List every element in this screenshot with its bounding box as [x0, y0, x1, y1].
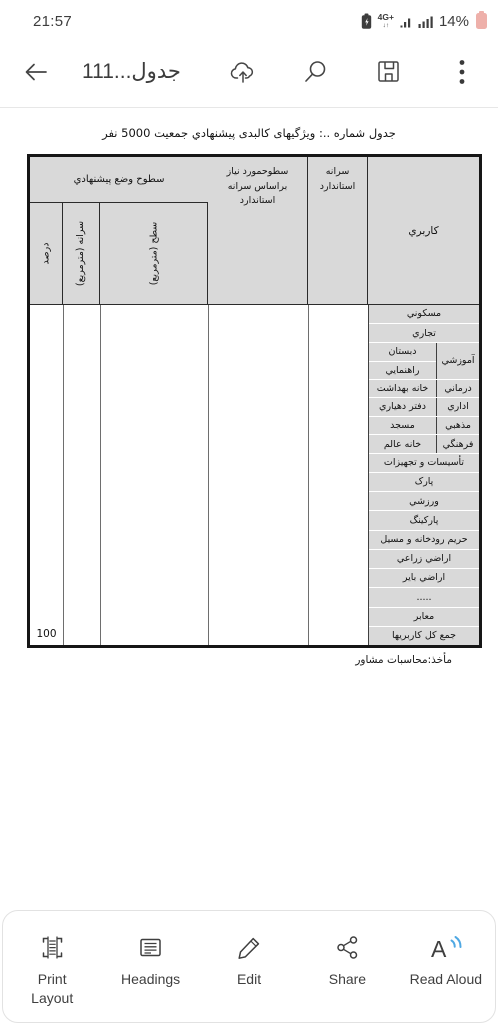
read-aloud-label: Read Aloud — [410, 970, 482, 989]
required-area-column-header: سطوحمورد نیاز براساس سرانه استاندارد — [208, 157, 308, 305]
category-cell: آموزشي — [436, 343, 479, 378]
status-time: 21:57 — [33, 13, 72, 30]
planning-table: سطوح وضع پیشنهادي درصد سرانه (مترمربع) س… — [27, 154, 482, 648]
column-divider — [100, 305, 101, 645]
back-button[interactable] — [16, 48, 56, 96]
read-aloud-icon: A — [429, 934, 463, 961]
sub-row: خانه عالم — [369, 435, 436, 453]
column-divider — [308, 305, 309, 645]
table-row: اراضي بایر — [369, 568, 479, 587]
category-cell: درماني — [436, 380, 479, 398]
paired-rows: آموزشي دبستان راهنمايي درماني خانه بهداش… — [369, 342, 479, 452]
standard-per-capita-column-header: سرانه استاندارد — [308, 157, 368, 305]
table-header: سطوح وضع پیشنهادي درصد سرانه (مترمربع) س… — [30, 157, 479, 305]
percent-column-header: درصد — [30, 203, 63, 304]
bottom-toolbar: Print Layout Headings Edit — [2, 910, 496, 1023]
table-row-group: مذهبي مسجد — [369, 416, 479, 435]
total-percent-cell: 100 — [30, 628, 63, 640]
document-page[interactable]: جدول شماره ..: ویژگیهای کالبدی پیشنهادي … — [0, 108, 498, 908]
battery-icon — [476, 13, 487, 29]
table-body: 100 مسکوني تجاري آموزشي دبستان راهنمايي — [30, 305, 479, 645]
category-cell: اداري — [436, 398, 479, 416]
column-divider — [63, 305, 64, 645]
per-capita-column-header: سرانه (مترمربع) — [63, 203, 100, 304]
signal-bars-icon — [400, 15, 413, 28]
cloud-upload-button[interactable] — [206, 48, 279, 96]
category-cell: مذهبي — [436, 417, 479, 435]
headings-icon — [137, 934, 164, 961]
table-row: اراضي زراعي — [369, 549, 479, 568]
group-header-cell: سطوح وضع پیشنهادي — [30, 157, 208, 203]
read-aloud-button[interactable]: A Read Aloud — [397, 934, 495, 989]
table-row: معابر — [369, 607, 479, 626]
network-4g-icon: 4G+ ↓↑ — [378, 13, 394, 29]
back-arrow-icon — [22, 58, 50, 86]
cloud-upload-icon — [228, 58, 258, 86]
save-floppy-icon — [375, 58, 402, 85]
area-column-header: سطح (مترمربع) — [100, 203, 208, 304]
column-divider — [208, 305, 209, 645]
source-note: مأخذ:محاسبات مشاور — [0, 654, 482, 666]
screen: 21:57 4G+ ↓↑ — [0, 0, 498, 1029]
svg-text:A: A — [431, 936, 447, 961]
document-title: جدول...111 — [82, 59, 181, 84]
share-button[interactable]: Share — [298, 934, 396, 989]
table-row: پارکینگ — [369, 510, 479, 529]
status-icons: 4G+ ↓↑ 14% — [360, 13, 487, 30]
table-row: پارک — [369, 472, 479, 491]
status-bar: 21:57 4G+ ↓↑ — [0, 0, 498, 36]
overflow-menu-icon — [458, 59, 466, 85]
share-nodes-icon — [334, 934, 361, 961]
print-layout-label: Print Layout — [26, 970, 78, 1008]
sub-row: دبستان — [369, 343, 436, 360]
sub-row: راهنمايي — [369, 361, 436, 379]
table-row-group: آموزشي دبستان راهنمايي — [369, 343, 479, 378]
print-layout-button[interactable]: Print Layout — [3, 934, 101, 1008]
edit-pencil-icon — [236, 934, 263, 961]
edit-label: Edit — [237, 970, 261, 989]
print-layout-icon — [39, 934, 66, 961]
table-row-group: اداري دفتر دهیاري — [369, 397, 479, 416]
table-row: تأسیسات و تجهیزات — [369, 453, 479, 472]
table-row-group: درماني خانه بهداشت — [369, 379, 479, 398]
category-cell: فرهنگي — [436, 435, 479, 453]
app-bar: جدول...111 — [0, 36, 498, 107]
land-use-column-header: کاربري — [368, 157, 479, 305]
save-button[interactable] — [352, 48, 425, 96]
table-row-group: فرهنگي خانه عالم — [369, 434, 479, 453]
battery-saver-icon — [360, 13, 373, 30]
sub-row: دفتر دهیاري — [369, 398, 436, 416]
headings-label: Headings — [121, 970, 180, 989]
sub-row: مسجد — [369, 417, 436, 435]
overflow-menu-button[interactable] — [425, 48, 498, 96]
signal-bars-icon — [418, 15, 434, 28]
table-row: مسکوني — [369, 305, 479, 323]
table-caption: جدول شماره ..: ویژگیهای کالبدی پیشنهادي … — [0, 108, 498, 140]
land-use-column: مسکوني تجاري آموزشي دبستان راهنمايي درما… — [368, 305, 479, 645]
headings-button[interactable]: Headings — [101, 934, 199, 989]
sub-row: خانه بهداشت — [369, 380, 436, 398]
search-icon — [302, 58, 329, 85]
table-row: ..... — [369, 587, 479, 606]
table-row: تجاري — [369, 323, 479, 342]
edit-button[interactable]: Edit — [200, 934, 298, 989]
table-row: حریم رودخانه و مسیل — [369, 530, 479, 549]
share-label: Share — [329, 970, 366, 989]
battery-percent-text: 14% — [439, 13, 469, 30]
table-row: ورزشي — [369, 491, 479, 510]
search-button[interactable] — [279, 48, 352, 96]
table-row: جمع کل کاربريها — [369, 626, 479, 645]
